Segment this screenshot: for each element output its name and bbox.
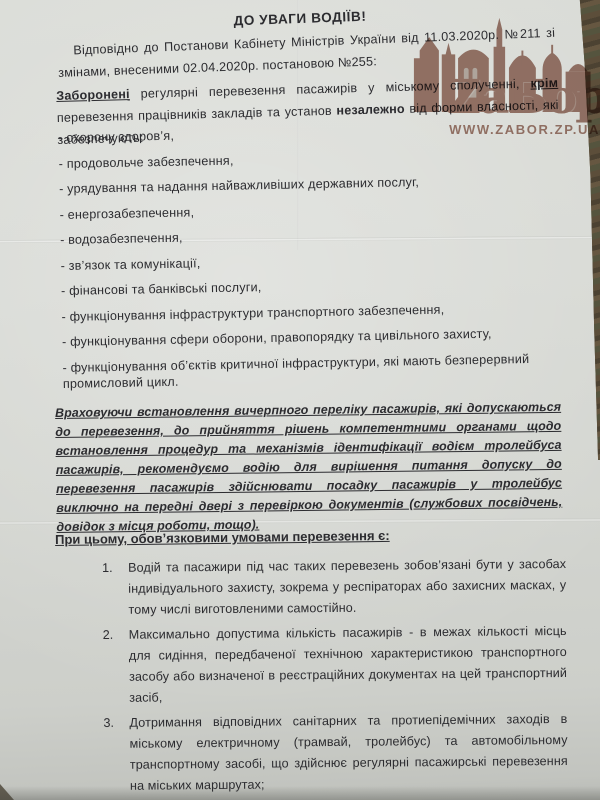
prohibition-text-1: регулярні перевезення пасажирів у місько… — [130, 77, 531, 101]
list-item: - функціонування інфраструктури транспор… — [61, 299, 541, 325]
item-number: 2. — [103, 625, 130, 709]
list-item: - продовольче забезпечення, — [58, 146, 538, 172]
list-item: 3. Дотримання відповідних санітарних та … — [103, 709, 568, 797]
item-text: Водій та пасажири під час таких перевезе… — [128, 554, 567, 621]
independent-keyword: незалежно — [336, 102, 405, 118]
item-number: 1. — [102, 558, 129, 621]
list-item: - водозабезпечення, — [60, 223, 540, 249]
list-item: - зв’язок та комунікації, — [60, 248, 540, 274]
recommendation-paragraph: Враховуючи встановлення вичерпного перел… — [55, 398, 563, 537]
list-item: - урядування та надання найважливіших де… — [59, 172, 539, 198]
prohibited-keyword: Заборонені — [56, 87, 130, 103]
conditions-list: 1. Водій та пасажири під час таких перев… — [102, 554, 568, 800]
item-text: Максимально допустима кількість пасажирі… — [129, 621, 568, 709]
photographed-notice: ДО УВАГИ ВОДІЇВ! Відповідно до Постанови… — [0, 0, 600, 800]
list-item: 2. Максимально допустима кількість пасаж… — [103, 621, 568, 709]
list-item: - функціонування сфери оборони, правопор… — [62, 325, 542, 351]
list-item: 1. Водій та пасажири під час таких перев… — [102, 554, 567, 621]
except-keyword: крім — [530, 76, 558, 91]
item-number: 3. — [103, 713, 130, 797]
paper-bottom-shadow — [0, 786, 600, 800]
prohibition-text-2: перевезення працівників закладів та уста… — [57, 104, 337, 125]
list-item: - функціонування об’єктів критичної інфр… — [62, 350, 543, 392]
essential-services-list: - охорону здоров’я, - продовольче забезп… — [58, 121, 543, 402]
list-item: - енергозабезпечення, — [59, 197, 539, 223]
list-item: - фінансові та банківські послуги, — [61, 274, 541, 300]
paper-sheet: ДО УВАГИ ВОДІЇВ! Відповідно до Постанови… — [0, 0, 600, 800]
item-text: Дотримання відповідних санітарних та про… — [129, 709, 568, 797]
